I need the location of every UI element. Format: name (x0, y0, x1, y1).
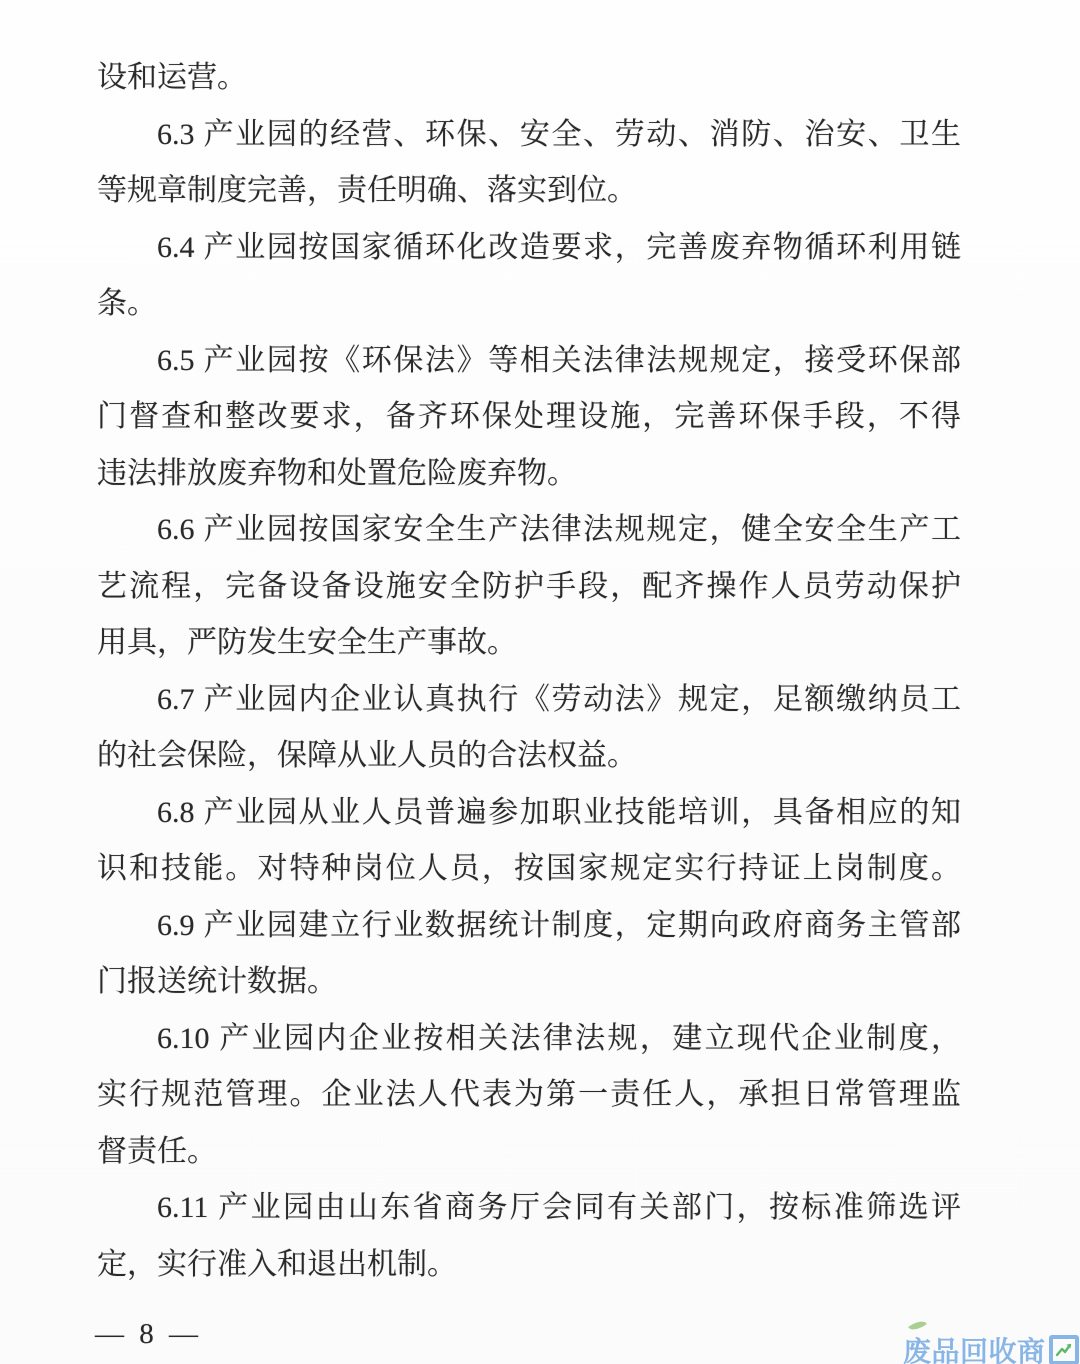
paragraph: 6.6 产业园按国家安全生产法律法规规定，健全安全生产工艺流程，完备设备设施安全… (97, 502, 961, 672)
watermark-net-glyph (1049, 1335, 1079, 1364)
paragraph: 6.8 产业园从业人员普遍参加职业技能培训，具备相应的知识和技能。对特种岗位人员… (97, 785, 961, 898)
paragraph: 设和运营。 (97, 50, 961, 107)
watermark-logo: 废品回收商 (903, 1330, 1079, 1364)
text-line: 督责任。 (97, 1124, 961, 1181)
text-line: 违法排放废弃物和处置危险废弃物。 (97, 446, 961, 503)
text-line: 用具，严防发生安全生产事故。 (97, 615, 961, 672)
text-line: 识和技能。对特种岗位人员，按国家规定实行持证上岗制度。 (97, 841, 961, 898)
text-line: 艺流程，完备设备设施安全防护手段，配齐操作人员劳动保护 (97, 559, 961, 616)
paragraph: 6.10 产业园内企业按相关法律法规，建立现代企业制度，实行规范管理。企业法人代… (97, 1011, 961, 1181)
document-page: 设和运营。6.3 产业园的经营、环保、安全、劳动、消防、治安、卫生等规章制度完善… (0, 0, 1080, 1364)
page-number: — 8 — (95, 1318, 202, 1351)
text-line: 门督查和整改要求，备齐环保处理设施，完善环保手段，不得 (97, 389, 961, 446)
paragraph: 6.3 产业园的经营、环保、安全、劳动、消防、治安、卫生等规章制度完善，责任明确… (97, 107, 961, 220)
text-line: 6.3 产业园的经营、环保、安全、劳动、消防、治安、卫生 (97, 107, 961, 164)
text-line: 6.9 产业园建立行业数据统计制度，定期向政府商务主管部 (97, 898, 961, 955)
text-line: 等规章制度完善，责任明确、落实到位。 (97, 163, 961, 220)
text-line: 的社会保险，保障从业人员的合法权益。 (97, 728, 961, 785)
paragraph: 6.7 产业园内企业认真执行《劳动法》规定，足额缴纳员工的社会保险，保障从业人员… (97, 672, 961, 785)
trend-up-chart-icon (1055, 1341, 1073, 1359)
text-line: 6.6 产业园按国家安全生产法律法规规定，健全安全生产工 (97, 502, 961, 559)
text-line: 实行规范管理。企业法人代表为第一责任人，承担日常管理监 (97, 1067, 961, 1124)
paragraph: 6.9 产业园建立行业数据统计制度，定期向政府商务主管部门报送统计数据。 (97, 898, 961, 1011)
text-line: 设和运营。 (97, 50, 961, 107)
paragraph: 6.4 产业园按国家循环化改造要求，完善废弃物循环利用链条。 (97, 220, 961, 333)
paragraph: 6.5 产业园按《环保法》等相关法律法规规定，接受环保部门督查和整改要求，备齐环… (97, 333, 961, 503)
text-line: 6.7 产业园内企业认真执行《劳动法》规定，足额缴纳员工 (97, 672, 961, 729)
text-line: 6.11 产业园由山东省商务厅会同有关部门，按标准筛选评 (97, 1180, 961, 1237)
text-line: 6.4 产业园按国家循环化改造要求，完善废弃物循环利用链 (97, 220, 961, 277)
watermark-text: 废品回收商 (903, 1330, 1046, 1364)
text-line: 定，实行准入和退出机制。 (97, 1237, 961, 1294)
text-line: 6.5 产业园按《环保法》等相关法律法规规定，接受环保部 (97, 333, 961, 390)
text-line: 条。 (97, 276, 961, 333)
document-body: 设和运营。6.3 产业园的经营、环保、安全、劳动、消防、治安、卫生等规章制度完善… (97, 50, 961, 1293)
paragraph: 6.11 产业园由山东省商务厅会同有关部门，按标准筛选评定，实行准入和退出机制。 (97, 1180, 961, 1293)
text-line: 门报送统计数据。 (97, 954, 961, 1011)
text-line: 6.8 产业园从业人员普遍参加职业技能培训，具备相应的知 (97, 785, 961, 842)
text-line: 6.10 产业园内企业按相关法律法规，建立现代企业制度， (97, 1011, 961, 1068)
